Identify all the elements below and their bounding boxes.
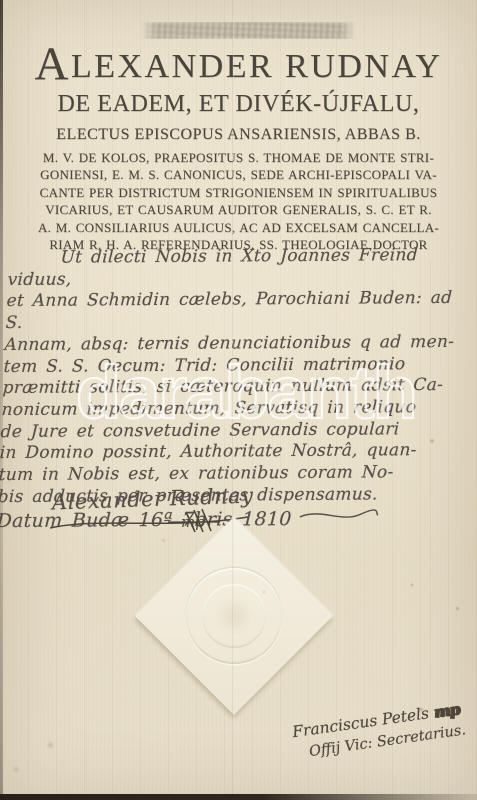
engraved-ornament-band <box>141 22 356 39</box>
letterhead-name: ALEXANDER RUDNAY <box>0 44 477 90</box>
manuscript-line: Annam, absq: ternis denunciationibus q a… <box>4 332 465 357</box>
letterhead-line3: ELECTUS EPISCOPUS ANSARIENSIS, ABBAS B. <box>0 126 477 144</box>
foxing-spot <box>262 590 266 594</box>
foxing-spot <box>419 707 424 712</box>
fold-crease <box>232 0 234 800</box>
letterhead-title-line: M. V. DE KOLOS, PRAEPOSITUS S. THOMAE DE… <box>0 149 477 166</box>
pen-flourish-icon <box>297 507 380 524</box>
foxing-spot <box>455 606 460 611</box>
document-photo: ALEXANDER RUDNAY DE EADEM, ET DIVÉK-ÚJFA… <box>0 0 477 800</box>
photo-edge-bottom <box>0 794 477 800</box>
letterhead-title-line: GONIENSI, E. M. S. CANONICUS, SEDE ARCHI… <box>0 166 477 183</box>
foxing-spot <box>46 741 55 749</box>
foxing-spot <box>410 583 414 587</box>
embossed-paper-seal <box>135 517 333 715</box>
letterhead-name-rest: LEXANDER RUDNAY <box>71 48 443 85</box>
manuscript-line: tum in Nobis est, ex rationibus coram No… <box>0 462 459 487</box>
secretary-signature: Franciscus Petels mp Offij Vic: Secretar… <box>291 695 477 765</box>
fold-crease <box>86 0 88 800</box>
manuscript-line: Ut dilecti Nobis in Xto Joannes Freind v… <box>7 245 469 292</box>
foxing-spot <box>161 538 166 543</box>
fold-crease <box>430 260 432 800</box>
foxing-spot <box>12 766 20 773</box>
letterhead-title-line: VICARIUS, ET CAUSARUM AUDITOR GENERALIS,… <box>0 201 477 218</box>
secretary-paraph-mp: mp <box>432 699 460 721</box>
manuscript-line: in Domino possint, Authoritate Nostrâ, q… <box>0 440 460 465</box>
letterhead-title-line: CANTE PER DISTRICTUM STRIGONIENSEM IN SP… <box>0 184 477 201</box>
signature-paraph-mp: mp <box>181 513 205 531</box>
foxing-spot <box>429 438 435 444</box>
letterhead-line2: DE EADEM, ET DIVÉK-ÚJFALU, <box>0 91 477 118</box>
letterhead-title-line: A. M. CONSILIARIUS AULICUS, AC AD EXCELS… <box>0 219 477 236</box>
photo-edge-left <box>0 0 3 800</box>
letterhead-name-initial: A <box>35 38 71 90</box>
manuscript-line: et Anna Schmidin cælebs, Parochiani Bude… <box>5 288 467 335</box>
letterhead-titles: M. V. DE KOLOS, PRAEPOSITUS S. THOMAE DE… <box>0 149 477 253</box>
